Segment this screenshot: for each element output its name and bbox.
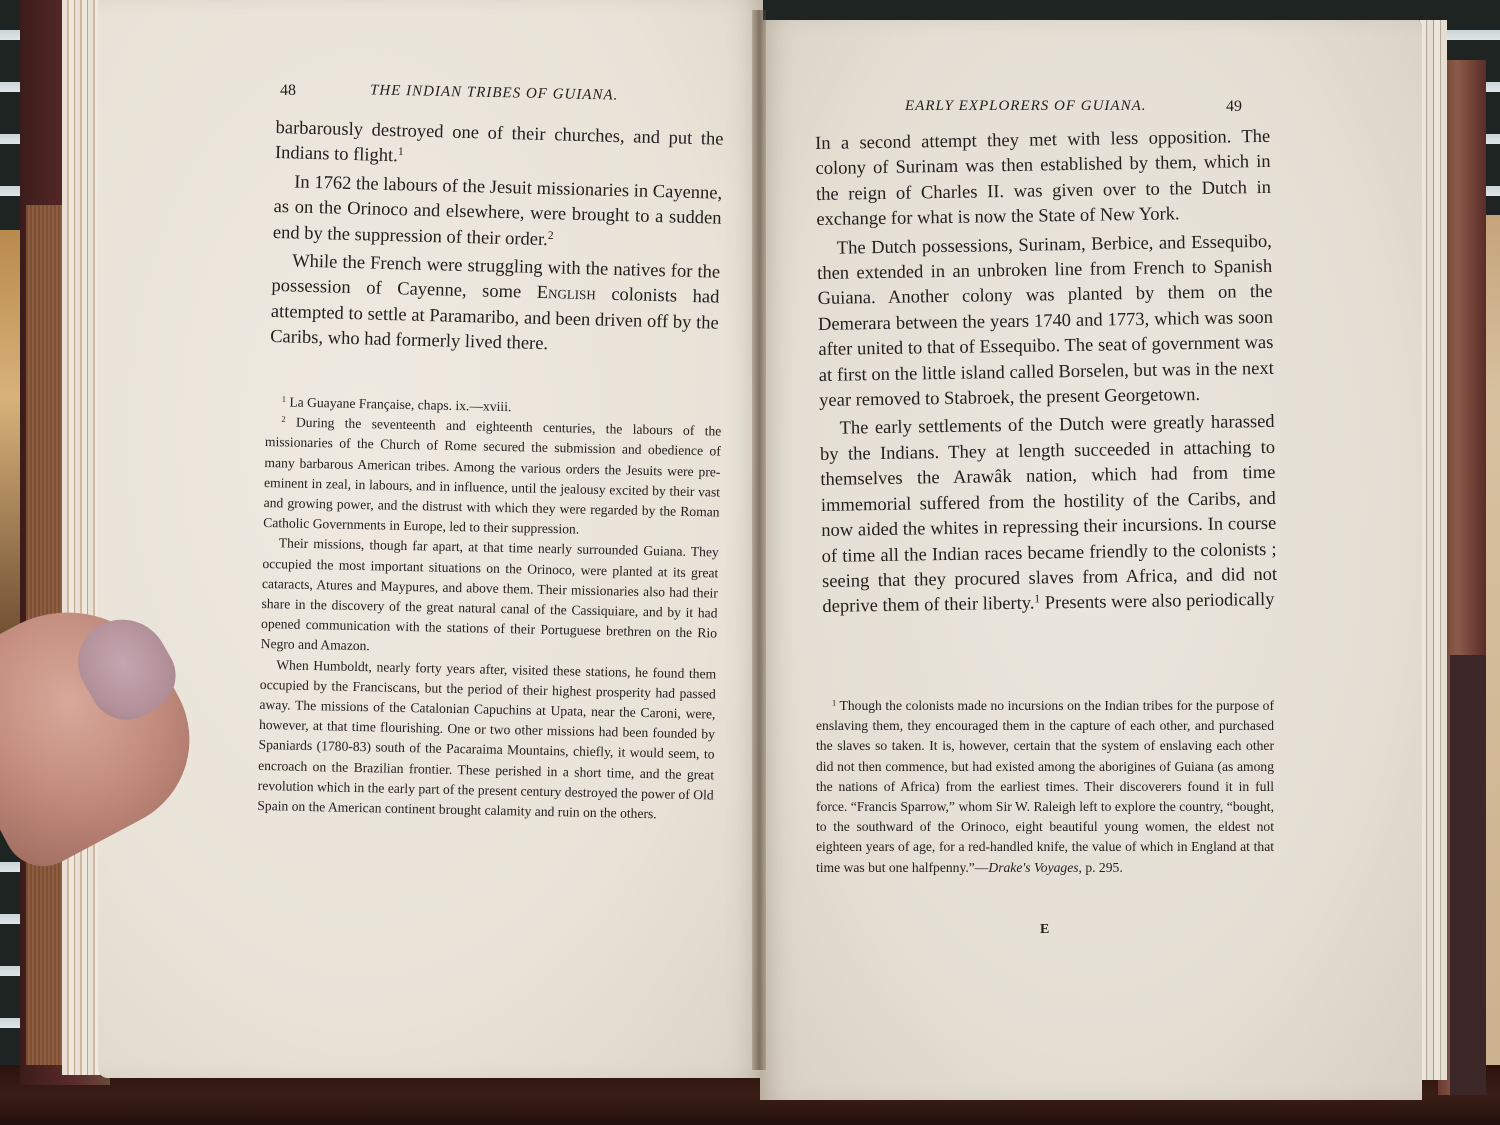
right-page: EARLY EXPLORERS OF GUIANA. 49 In a secon…: [760, 20, 1422, 1100]
paragraph: While the French were struggling with th…: [270, 249, 721, 362]
footnote: 1 Though the colonists made no incursion…: [816, 696, 1274, 878]
main-text-right: In a second attempt they met with less o…: [815, 125, 1278, 621]
book-gutter: [752, 10, 766, 1070]
paragraph: The Dutch possessions, Surinam, Berbice,…: [817, 229, 1275, 414]
paragraph: In 1762 the labours of the Jesuit missio…: [273, 170, 723, 258]
paragraph: The early settlements of the Dutch were …: [819, 410, 1277, 620]
page-number-right: 49: [1226, 98, 1242, 116]
footnote: When Humboldt, nearly forty years after,…: [257, 655, 716, 826]
paragraph: In a second attempt they met with less o…: [815, 125, 1272, 234]
signature-mark: E: [1040, 922, 1049, 938]
running-head-left: THE INDIAN TRIBES OF GUIANA.: [370, 82, 619, 104]
running-head-right: EARLY EXPLORERS OF GUIANA.: [905, 98, 1147, 115]
book-cover-leather-corner: [1450, 655, 1486, 1095]
paragraph: barbarously destroyed one of their churc…: [275, 116, 724, 179]
main-text-left: barbarously destroyed one of their churc…: [270, 116, 724, 362]
footnote: 2 During the seventeenth and eighteenth …: [263, 412, 721, 543]
footnote: Their missions, though far apart, at tha…: [260, 533, 718, 664]
left-page: 48 THE INDIAN TRIBES OF GUIANA. barbarou…: [98, 0, 763, 1078]
page-number-left: 48: [280, 82, 296, 100]
footnotes-right: 1 Though the colonists made no incursion…: [816, 696, 1274, 878]
footnotes-left: 1 La Guayane Française, chaps. ix.—xviii…: [257, 392, 722, 826]
